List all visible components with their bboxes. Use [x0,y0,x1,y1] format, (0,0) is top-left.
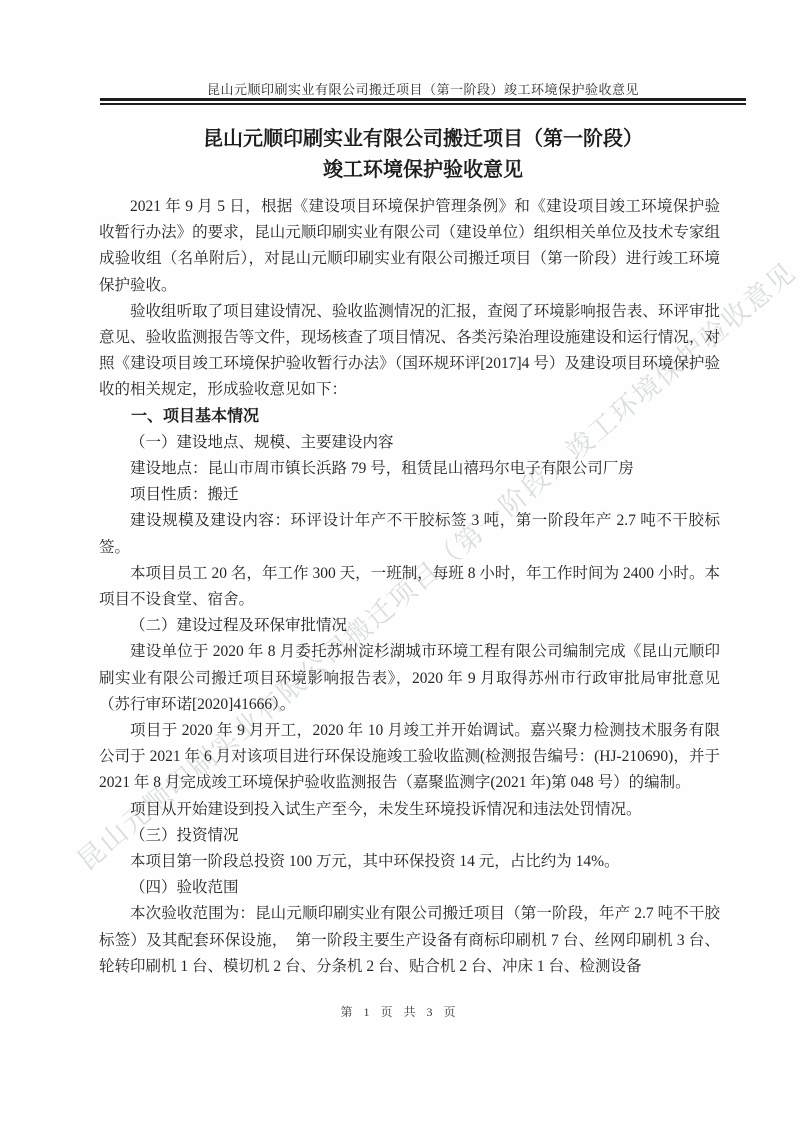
paragraph: 建设单位于 2020 年 8 月委托苏州淀杉湖城市环境工程有限公司编制完成《昆山… [99,639,720,718]
section-heading: 一、项目基本情况 [99,404,720,430]
document-title-line2: 竣工环境保护验收意见 [80,155,766,186]
field-label: 建设规模及建设内容： [130,512,291,529]
document-body: 2021 年 9 月 5 日，根据《建设项目环境保护管理条例》和《建设项目竣工环… [99,194,720,980]
paragraph: 项目性质：搬迁 [99,482,720,508]
field-value: 昆山市周市镇长浜路 79 号，租赁昆山禧玛尔电子有限公司厂房 [208,460,634,477]
paragraph: 本项目第一阶段总投资 100 万元，其中环保投资 14 元，占比约为 14%。 [99,849,720,875]
page-number: 第 1 页 共 3 页 [0,1003,800,1020]
subsection-heading: （一）建设地点、规模、主要建设内容 [99,430,720,456]
subsection-heading: （二）建设过程及环保审批情况 [99,613,720,639]
subsection-heading: （四）验收范围 [99,875,720,901]
document-page: 昆山元顺印刷实业有限公司搬迁项目（第一阶段）竣工环境保护验收意见 昆山元顺印刷实… [0,0,800,1131]
paragraph: 2021 年 9 月 5 日，根据《建设项目环境保护管理条例》和《建设项目竣工环… [99,194,720,299]
paragraph: 本项目员工 20 名，年工作 300 天，一班制，每班 8 小时，年工作时间为 … [99,561,720,613]
paragraph: 验收组听取了项目建设情况、验收监测情况的汇报，查阅了环境影响报告表、环评审批意见… [99,299,720,404]
field-label: 建设地点： [130,460,208,477]
paragraph: 建设规模及建设内容：环评设计年产不干胶标签 3 吨，第一阶段年产 2.7 吨不干… [99,508,720,560]
header-rule [100,98,746,105]
paragraph: 建设地点：昆山市周市镇长浜路 79 号，租赁昆山禧玛尔电子有限公司厂房 [99,456,720,482]
paragraph: 本次验收范围为：昆山元顺印刷实业有限公司搬迁项目（第一阶段，年产 2.7 吨不干… [99,901,720,980]
subsection-heading: （三）投资情况 [99,823,720,849]
paragraph: 项目于 2020 年 9 月开工，2020 年 10 月竣工并开始调试。嘉兴聚力… [99,718,720,797]
field-label: 项目性质： [130,486,208,503]
field-value: 搬迁 [208,486,239,503]
document-title-line1: 昆山元顺印刷实业有限公司搬迁项目（第一阶段） [80,124,766,155]
running-header: 昆山元顺印刷实业有限公司搬迁项目（第一阶段）竣工环境保护验收意见 [100,79,746,98]
document-title: 昆山元顺印刷实业有限公司搬迁项目（第一阶段） 竣工环境保护验收意见 [80,124,766,186]
paragraph: 项目从开始建设到投入试生产至今，未发生环境投诉情况和违法处罚情况。 [99,797,720,823]
